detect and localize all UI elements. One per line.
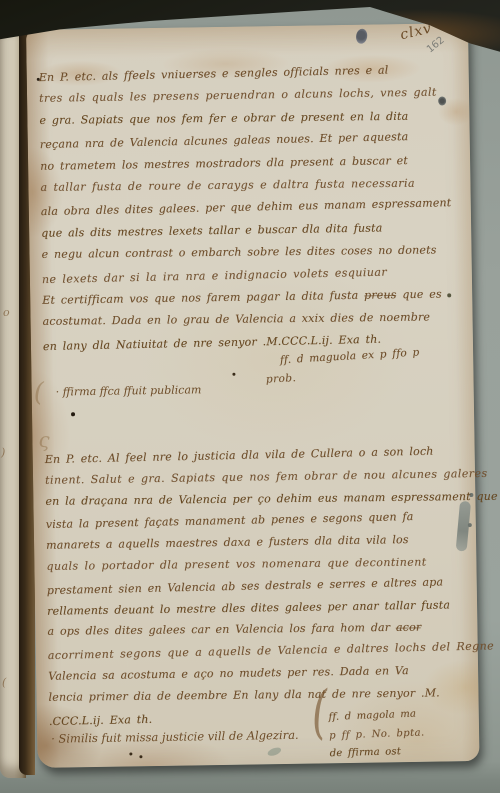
ink-dot <box>232 373 235 376</box>
manuscript-line: de ffirma ost <box>329 741 469 764</box>
paper-hole <box>355 28 368 45</box>
ink-dot <box>71 412 75 416</box>
photo-backdrop: o ) ( clxv 162 ( ς En P. etc. als ffeels… <box>0 0 500 793</box>
chancery-note-2: ff. d magola map ff p. No. bpta.de ffirm… <box>328 704 470 764</box>
ink-dot <box>129 752 132 755</box>
bleed-ink-mark: ) <box>1 446 5 459</box>
photo-of-manuscript: { "folio": { "ink_number": "clxv", "penc… <box>0 0 500 793</box>
letter-2-text: En P. etc. Al feel nre lo justicia dla v… <box>45 441 475 731</box>
letter-1-text: En P. etc. als ffeels vniuerses e sengle… <box>39 59 468 357</box>
ink-smear <box>267 746 283 758</box>
margin-flourish: ( <box>33 378 44 408</box>
chancery-note-1: ff. d maguola ex p ffo pprob. <box>264 342 456 390</box>
bleed-ink-mark: o <box>3 306 10 319</box>
similis-note: · Similis fuit missa justicie vill de Al… <box>51 728 299 746</box>
pencil-foliation: 162 <box>425 35 447 56</box>
bleed-ink-mark: ( <box>2 676 6 689</box>
publication-note: · ffirma ffca ffuit publicam <box>56 383 202 398</box>
manuscript-page: clxv 162 ( ς En P. etc. als ffeels vniue… <box>26 23 480 768</box>
ink-dot <box>139 755 142 758</box>
